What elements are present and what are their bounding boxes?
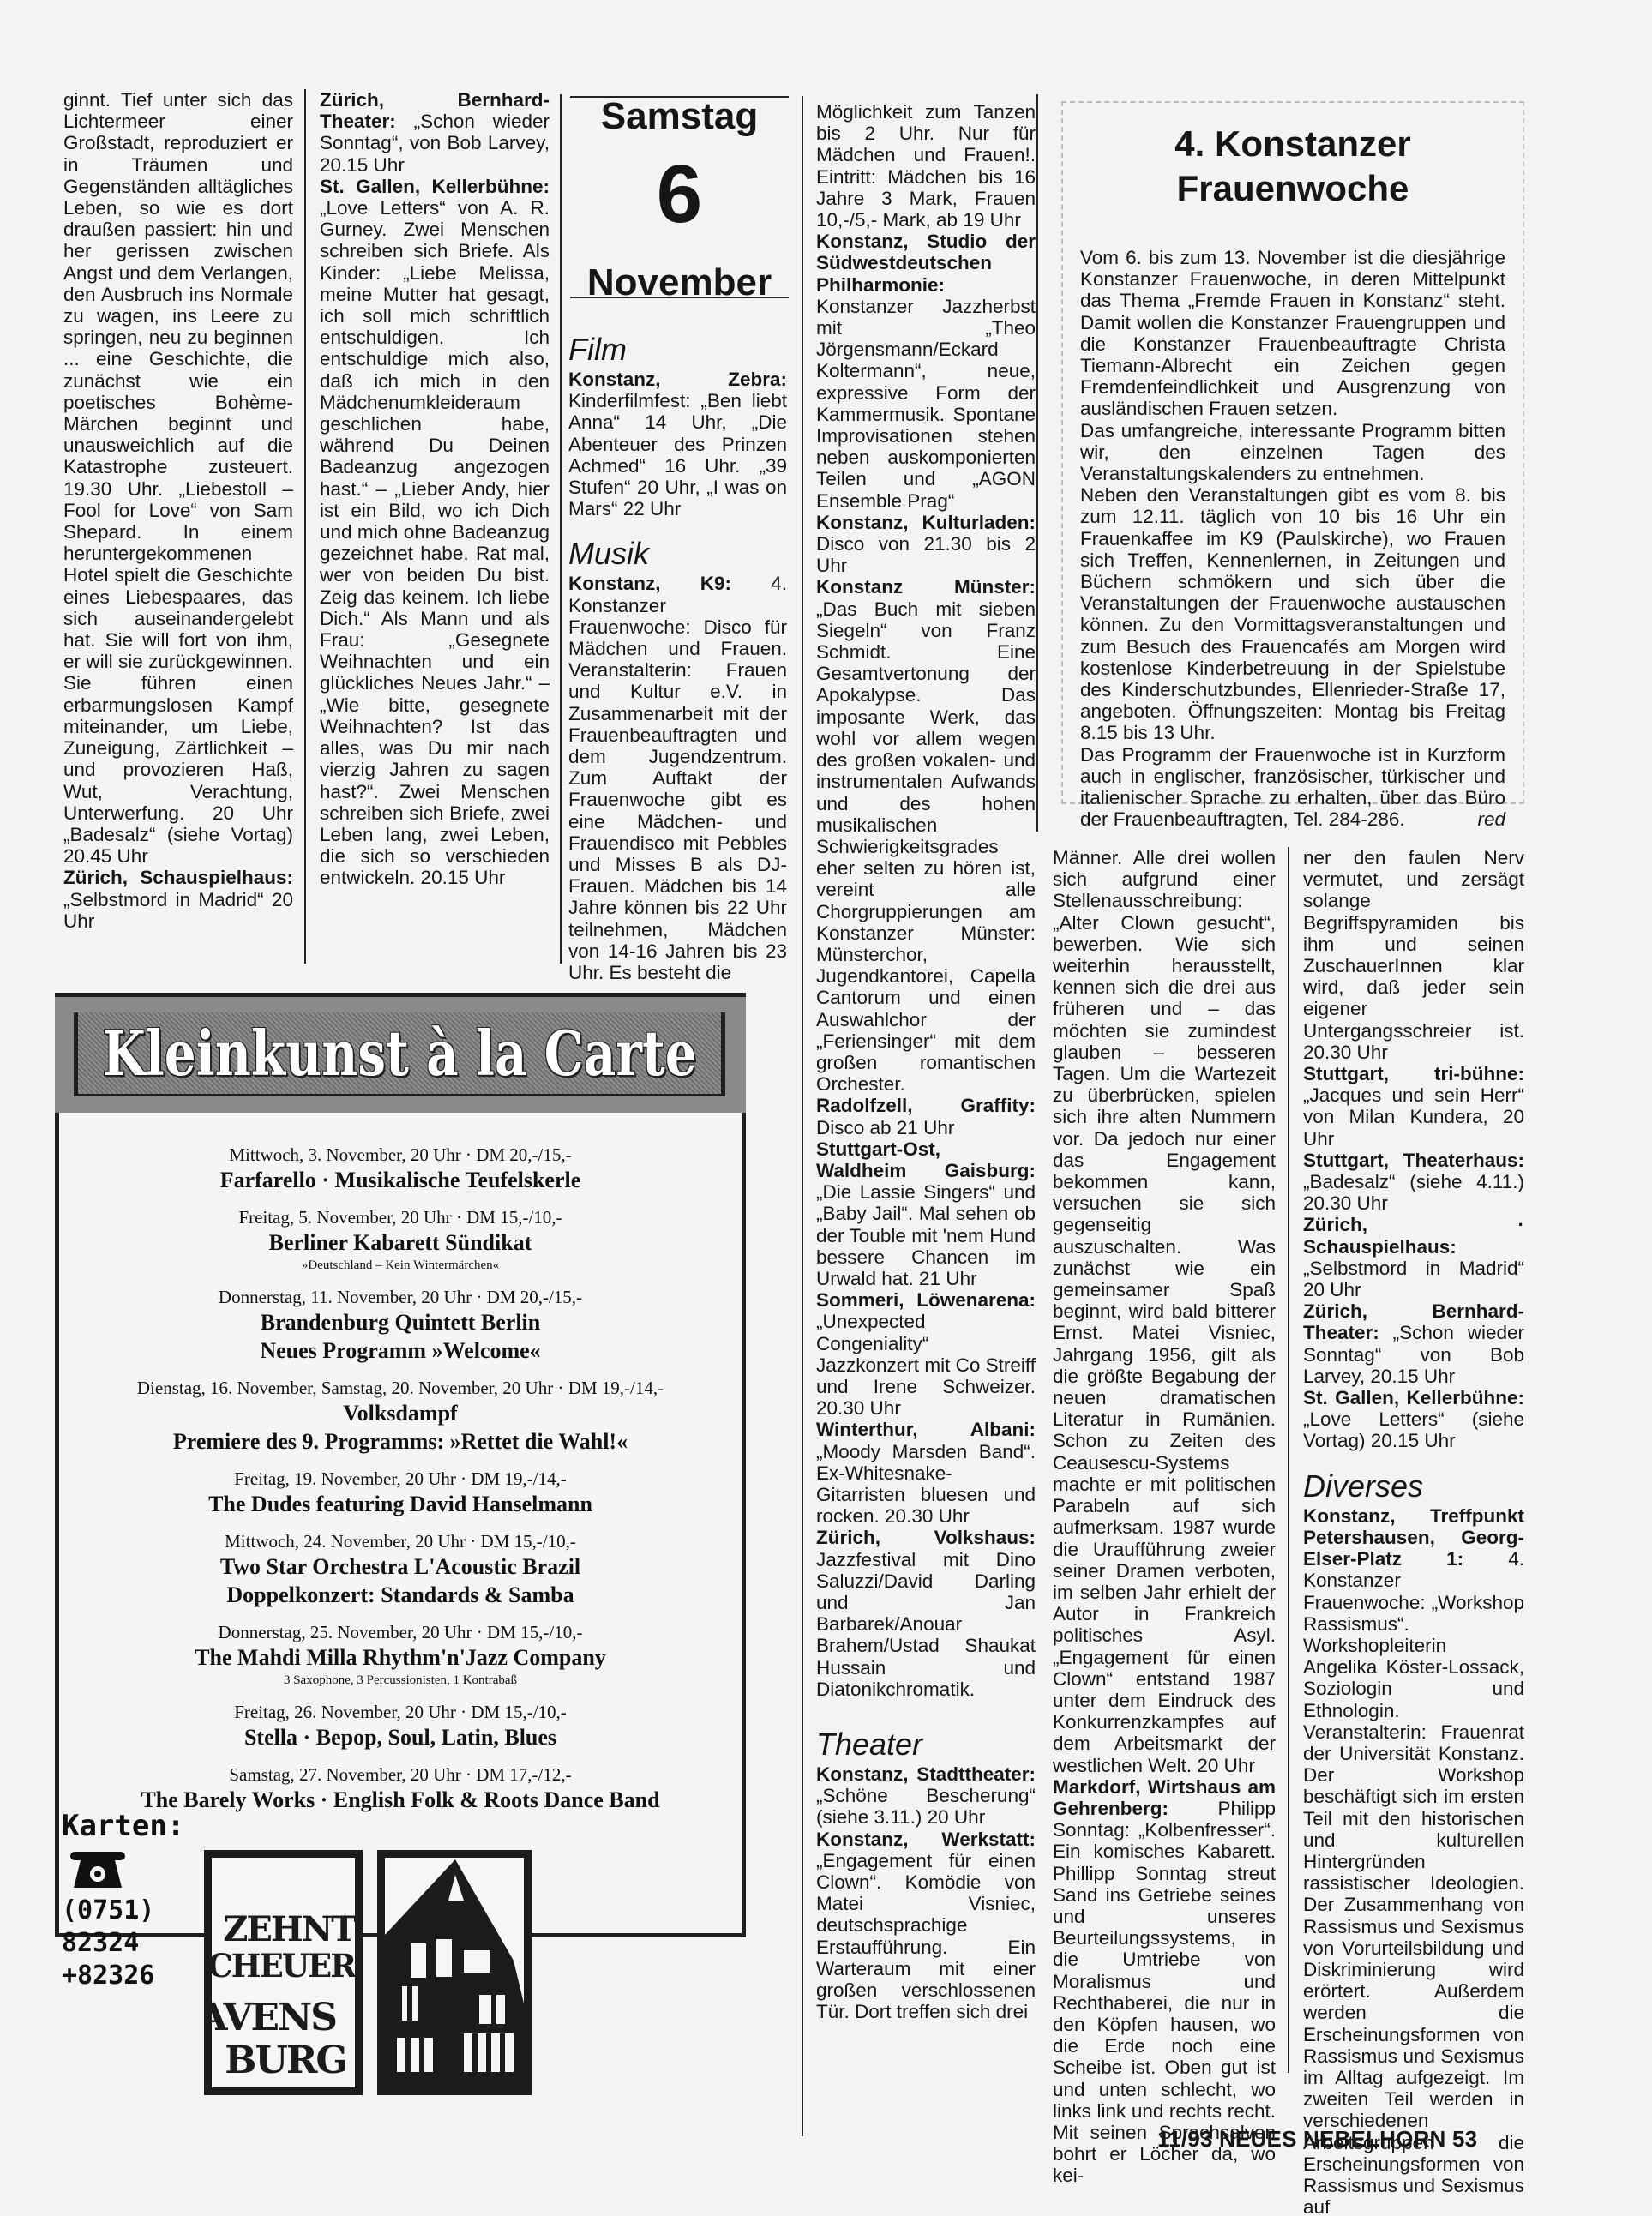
- article-continuation: ner den faulen Nerv vermutet, und zersäg…: [1303, 847, 1524, 1063]
- event-venue: Winterthur, Albani:: [816, 1419, 1036, 1440]
- ad-banner: Kleinkunst à la Carte: [55, 993, 746, 1113]
- date-weekday: Samstag: [570, 94, 789, 139]
- logo-text-line: SCHEUER: [204, 1947, 355, 1985]
- event-venue: Konstanz, Zebra:: [568, 369, 787, 390]
- date-month: November: [570, 261, 789, 305]
- event-details: „Schöne Bescherung“ (siehe 3.11.) 20 Uhr: [816, 1785, 1036, 1828]
- ad-event-name: Volksdampf: [59, 1399, 742, 1427]
- ad-event-date: Mittwoch, 3. November, 20 Uhr · DM 20,-/…: [59, 1144, 742, 1166]
- ad-event: Freitag, 19. November, 20 Uhr · DM 19,-/…: [59, 1468, 742, 1518]
- column-divider: [560, 94, 562, 964]
- ad-event-name: The Dudes featuring David Hanselmann: [59, 1490, 742, 1518]
- ad-event-name: Berliner Kabarett Sündikat: [59, 1228, 742, 1257]
- event-entry: Winterthur, Albani: „Moody Marsden Band“…: [816, 1419, 1036, 1527]
- date-day-number: 6: [570, 147, 789, 242]
- event-venue: Sommeri, Löwenarena:: [816, 1289, 1036, 1311]
- ad-event-date: Freitag, 26. November, 20 Uhr · DM 15,-/…: [59, 1701, 742, 1723]
- event-details: „Moody Marsden Band“. Ex-Whitesnake-Gita…: [816, 1441, 1036, 1528]
- ad-event-date: Freitag, 19. November, 20 Uhr · DM 19,-/…: [59, 1468, 742, 1490]
- event-entry: Zürich, · Schauspielhaus: „Selbstmord in…: [1303, 1214, 1524, 1300]
- event-venue: Radolfzell, Graffity:: [816, 1095, 1036, 1116]
- infobox-paragraph: Das umfangreiche, interessante Programm …: [1080, 420, 1505, 485]
- column-6: ner den faulen Nerv vermutet, und zersäg…: [1303, 847, 1524, 2216]
- ad-title: Kleinkunst à la Carte: [102, 1017, 696, 1090]
- ad-event-date: Mittwoch, 24. November, 20 Uhr · DM 15,-…: [59, 1530, 742, 1552]
- tickets-label: Karten:: [62, 1809, 267, 1843]
- event-venue: St. Gallen, Kellerbühne:: [1303, 1387, 1524, 1408]
- zehntscheuer-ravensburg-logo: ZEHNT SCHEUER RAVENS BURG: [204, 1850, 363, 2095]
- ad-event-subtitle: 3 Saxophone, 3 Percussionisten, 1 Kontra…: [59, 1672, 742, 1689]
- infobox-body: Vom 6. bis zum 13. November ist die dies…: [1080, 247, 1505, 830]
- event-details: Jazzfestival mit Dino Saluzzi/David Darl…: [816, 1549, 1036, 1700]
- event-entry: Stuttgart, tri-bühne: „Jacques und sein …: [1303, 1063, 1524, 1150]
- logo-text-line: RAVENS: [204, 1997, 336, 2039]
- event-details: „Die Lassie Singers“ und „Baby Jail“. Ma…: [816, 1181, 1036, 1289]
- event-details: 4. Konstanzer Frauenwoche: „Workshop Ras…: [1303, 1548, 1524, 2216]
- event-entry: Konstanz Münster: „Das Buch mit sieben S…: [816, 576, 1036, 1095]
- event-entry: Stuttgart-Ost, Waldheim Gaisburg: „Die L…: [816, 1138, 1036, 1289]
- event-entry: Konstanz, Studio der Südwestdeutschen Ph…: [816, 231, 1036, 512]
- event-entry: Zürich, Volkshaus: Jazzfestival mit Dino…: [816, 1527, 1036, 1700]
- event-venue: Stuttgart, tri-bühne:: [1303, 1063, 1524, 1084]
- ad-event-name-line2: Neues Programm »Welcome«: [59, 1336, 742, 1365]
- ad-event-name: Farfarello · Musikalische Teufelskerle: [59, 1166, 742, 1194]
- ad-event-date: Freitag, 5. November, 20 Uhr · DM 15,-/1…: [59, 1206, 742, 1228]
- event-entry: Konstanz, Zebra: Kinderfilmfest: „Ben li…: [568, 369, 787, 519]
- article-continuation: Möglichkeit zum Tanzen bis 2 Uhr. Nur fü…: [816, 101, 1036, 231]
- ad-event: Donnerstag, 11. November, 20 Uhr · DM 20…: [59, 1286, 742, 1365]
- event-details: Kinderfilmfest: „Ben liebt Anna“ 14 Uhr,…: [568, 390, 787, 519]
- event-venue: Konstanz Münster:: [816, 576, 1036, 598]
- ad-event: Dienstag, 16. November, Samstag, 20. Nov…: [59, 1377, 742, 1456]
- event-details: 4. Konstanzer Frauenwoche: Disco für Mäd…: [568, 573, 787, 983]
- event-entry: Zürich, Schauspielhaus: „Selbstmord in M…: [63, 867, 293, 932]
- section-heading-musik: Musik: [568, 535, 787, 573]
- event-venue: Konstanz, K9:: [568, 573, 731, 594]
- ad-event-subtitle: »Deutschland – Kein Wintermärchen«: [59, 1257, 742, 1274]
- ad-event-name: Brandenburg Quintett Berlin: [59, 1308, 742, 1336]
- infobox-paragraph: Das Programm der Frauenwoche ist in Kurz…: [1080, 744, 1505, 831]
- event-venue: Stuttgart, Theaterhaus:: [1303, 1150, 1524, 1171]
- event-details: Disco von 21.30 bis 2 Uhr: [816, 533, 1036, 576]
- event-details: Konstanzer Jazzherbst mit „Theo Jörgensm…: [816, 296, 1036, 512]
- event-entry: Markdorf, Wirtshaus am Gehrenberg: Phili…: [1053, 1776, 1276, 2187]
- ad-event-date: Samstag, 27. November, 20 Uhr · DM 17,-/…: [59, 1763, 742, 1786]
- date-header: Samstag 6 November: [570, 94, 789, 305]
- event-entry: Zürich, Bernhard-Theater: „Schon wieder …: [1303, 1300, 1524, 1387]
- event-venue: Konstanz, Kulturladen:: [816, 512, 1036, 533]
- infobox-paragraph: Neben den Veranstaltungen gibt es vom 8.…: [1080, 484, 1505, 743]
- event-venue: St. Gallen, Kellerbühne:: [320, 176, 550, 197]
- ad-event: Samstag, 27. November, 20 Uhr · DM 17,-/…: [59, 1763, 742, 1814]
- event-venue: Konstanz, Studio der Südwestdeutschen Ph…: [816, 231, 1036, 295]
- ad-event-name: Two Star Orchestra L'Acoustic Brazil: [59, 1552, 742, 1581]
- logo-text-line: ZEHNT: [223, 1911, 355, 1949]
- kleinkunst-advertisement: Kleinkunst à la Carte Mittwoch, 3. Novem…: [55, 1000, 746, 1937]
- half-timbered-house-icon: [377, 1850, 532, 2095]
- column-2: Zürich, Bernhard-Theater: „Schon wieder …: [320, 89, 550, 889]
- ad-event: Freitag, 5. November, 20 Uhr · DM 15,-/1…: [59, 1206, 742, 1274]
- event-details: „Selbstmord in Madrid“ 20 Uhr: [63, 889, 293, 932]
- section-heading-film: Film: [568, 331, 787, 369]
- ad-event-date: Donnerstag, 25. November, 20 Uhr · DM 15…: [59, 1621, 742, 1643]
- event-entry: Konstanz, Stadttheater: „Schöne Bescheru…: [816, 1763, 1036, 1829]
- column-divider: [1288, 847, 1289, 2073]
- event-entry: Sommeri, Löwenarena: „Unexpected Congeni…: [816, 1289, 1036, 1419]
- event-details: „Das Buch mit sieben Siegeln“ von Franz …: [816, 598, 1036, 1095]
- event-entry: Konstanz, Treffpunkt Petershausen, Georg…: [1303, 1505, 1524, 2216]
- event-venue: Zürich, · Schauspielhaus:: [1303, 1214, 1524, 1257]
- column-5: Männer. Alle drei wollen sich aufgrund e…: [1053, 847, 1276, 2187]
- event-details: „Unexpected Congeniality“ Jazzkonzert mi…: [816, 1311, 1036, 1419]
- event-venue: Zürich, Volkshaus:: [816, 1527, 1036, 1548]
- column-divider: [1036, 94, 1038, 832]
- ad-event-name-line2: Doppelkonzert: Standards & Samba: [59, 1581, 742, 1609]
- event-venue: Konstanz, Werkstatt:: [816, 1829, 1036, 1850]
- event-details: „Selbstmord in Madrid“ 20 Uhr: [1303, 1258, 1524, 1300]
- article-continuation: ginnt. Tief unter sich das Lichtermeer e…: [63, 89, 293, 867]
- ad-event-name: Stella · Bepop, Soul, Latin, Blues: [59, 1723, 742, 1751]
- section-heading-theater: Theater: [816, 1726, 1036, 1763]
- ad-event-date: Dienstag, 16. November, Samstag, 20. Nov…: [59, 1377, 742, 1399]
- article-continuation: Männer. Alle drei wollen sich aufgrund e…: [1053, 847, 1276, 1776]
- event-entry: Konstanz, Werkstatt: „Engagement für ein…: [816, 1829, 1036, 2023]
- event-venue: Zürich, Schauspielhaus:: [63, 867, 293, 888]
- event-entry: St. Gallen, Kellerbühne: „Love Letters“ …: [320, 176, 550, 889]
- event-entry: Radolfzell, Graffity: Disco ab 21 Uhr: [816, 1095, 1036, 1138]
- ad-event: Mittwoch, 24. November, 20 Uhr · DM 15,-…: [59, 1530, 742, 1609]
- event-details: Disco ab 21 Uhr: [816, 1117, 954, 1138]
- event-entry: Konstanz, K9: 4. Konstanzer Frauenwoche:…: [568, 573, 787, 983]
- infobox-paragraph: Vom 6. bis zum 13. November ist die dies…: [1080, 247, 1505, 420]
- author-signature: red: [1477, 808, 1505, 830]
- event-venue: Stuttgart-Ost, Waldheim Gaisburg:: [816, 1138, 1036, 1181]
- event-details: „Love Letters“ von A. R. Gurney. Zwei Me…: [320, 197, 550, 888]
- column-3: Film Konstanz, Zebra: Kinderfilmfest: „B…: [568, 331, 787, 983]
- event-entry: Stuttgart, Theaterhaus: „Badesalz“ (sieh…: [1303, 1150, 1524, 1215]
- event-entry: St. Gallen, Kellerbühne: „Love Letters“ …: [1303, 1387, 1524, 1452]
- event-details: „Engagement für einen Clown“. Komödie vo…: [816, 1850, 1036, 2022]
- column-1: ginnt. Tief unter sich das Lichtermeer e…: [63, 89, 293, 932]
- ad-event: Freitag, 26. November, 20 Uhr · DM 15,-/…: [59, 1701, 742, 1751]
- ad-event-name-line2: Premiere des 9. Programms: »Rettet die W…: [59, 1427, 742, 1456]
- ad-event-list: Mittwoch, 3. November, 20 Uhr · DM 20,-/…: [59, 1144, 742, 1826]
- ad-event: Donnerstag, 25. November, 20 Uhr · DM 15…: [59, 1621, 742, 1689]
- event-entry: Zürich, Bernhard-Theater: „Schon wieder …: [320, 89, 550, 176]
- event-details: „Love Letters“ (siehe Vortag) 20.15 Uhr: [1303, 1408, 1524, 1451]
- ad-event-name: The Mahdi Milla Rhythm'n'Jazz Company: [59, 1643, 742, 1672]
- column-4: Möglichkeit zum Tanzen bis 2 Uhr. Nur fü…: [816, 101, 1036, 2022]
- event-venue: Konstanz, Stadttheater:: [816, 1763, 1036, 1785]
- date-header-bottom-rule: [570, 297, 789, 298]
- column-divider: [304, 89, 306, 964]
- event-details: „Badesalz“ (siehe 4.11.) 20.30 Uhr: [1303, 1171, 1524, 1214]
- ad-event: Mittwoch, 3. November, 20 Uhr · DM 20,-/…: [59, 1144, 742, 1194]
- page-footer: 11/93 NEUES NEBELHORN 53: [1157, 2126, 1477, 2153]
- infobox-title: 4. Konstanzer Frauenwoche: [1080, 122, 1505, 211]
- event-entry: Konstanz, Kulturladen: Disco von 21.30 b…: [816, 512, 1036, 577]
- column-divider: [802, 96, 803, 2136]
- logo-text-line: BURG: [225, 2039, 346, 2082]
- ad-event-date: Donnerstag, 11. November, 20 Uhr · DM 20…: [59, 1286, 742, 1308]
- section-heading-diverses: Diverses: [1303, 1468, 1524, 1505]
- telephone-icon: [69, 1850, 127, 1889]
- frauenwoche-infobox: 4. Konstanzer Frauenwoche Vom 6. bis zum…: [1061, 101, 1524, 804]
- event-details: „Jacques und sein Herr“ von Milan Kunder…: [1303, 1084, 1524, 1149]
